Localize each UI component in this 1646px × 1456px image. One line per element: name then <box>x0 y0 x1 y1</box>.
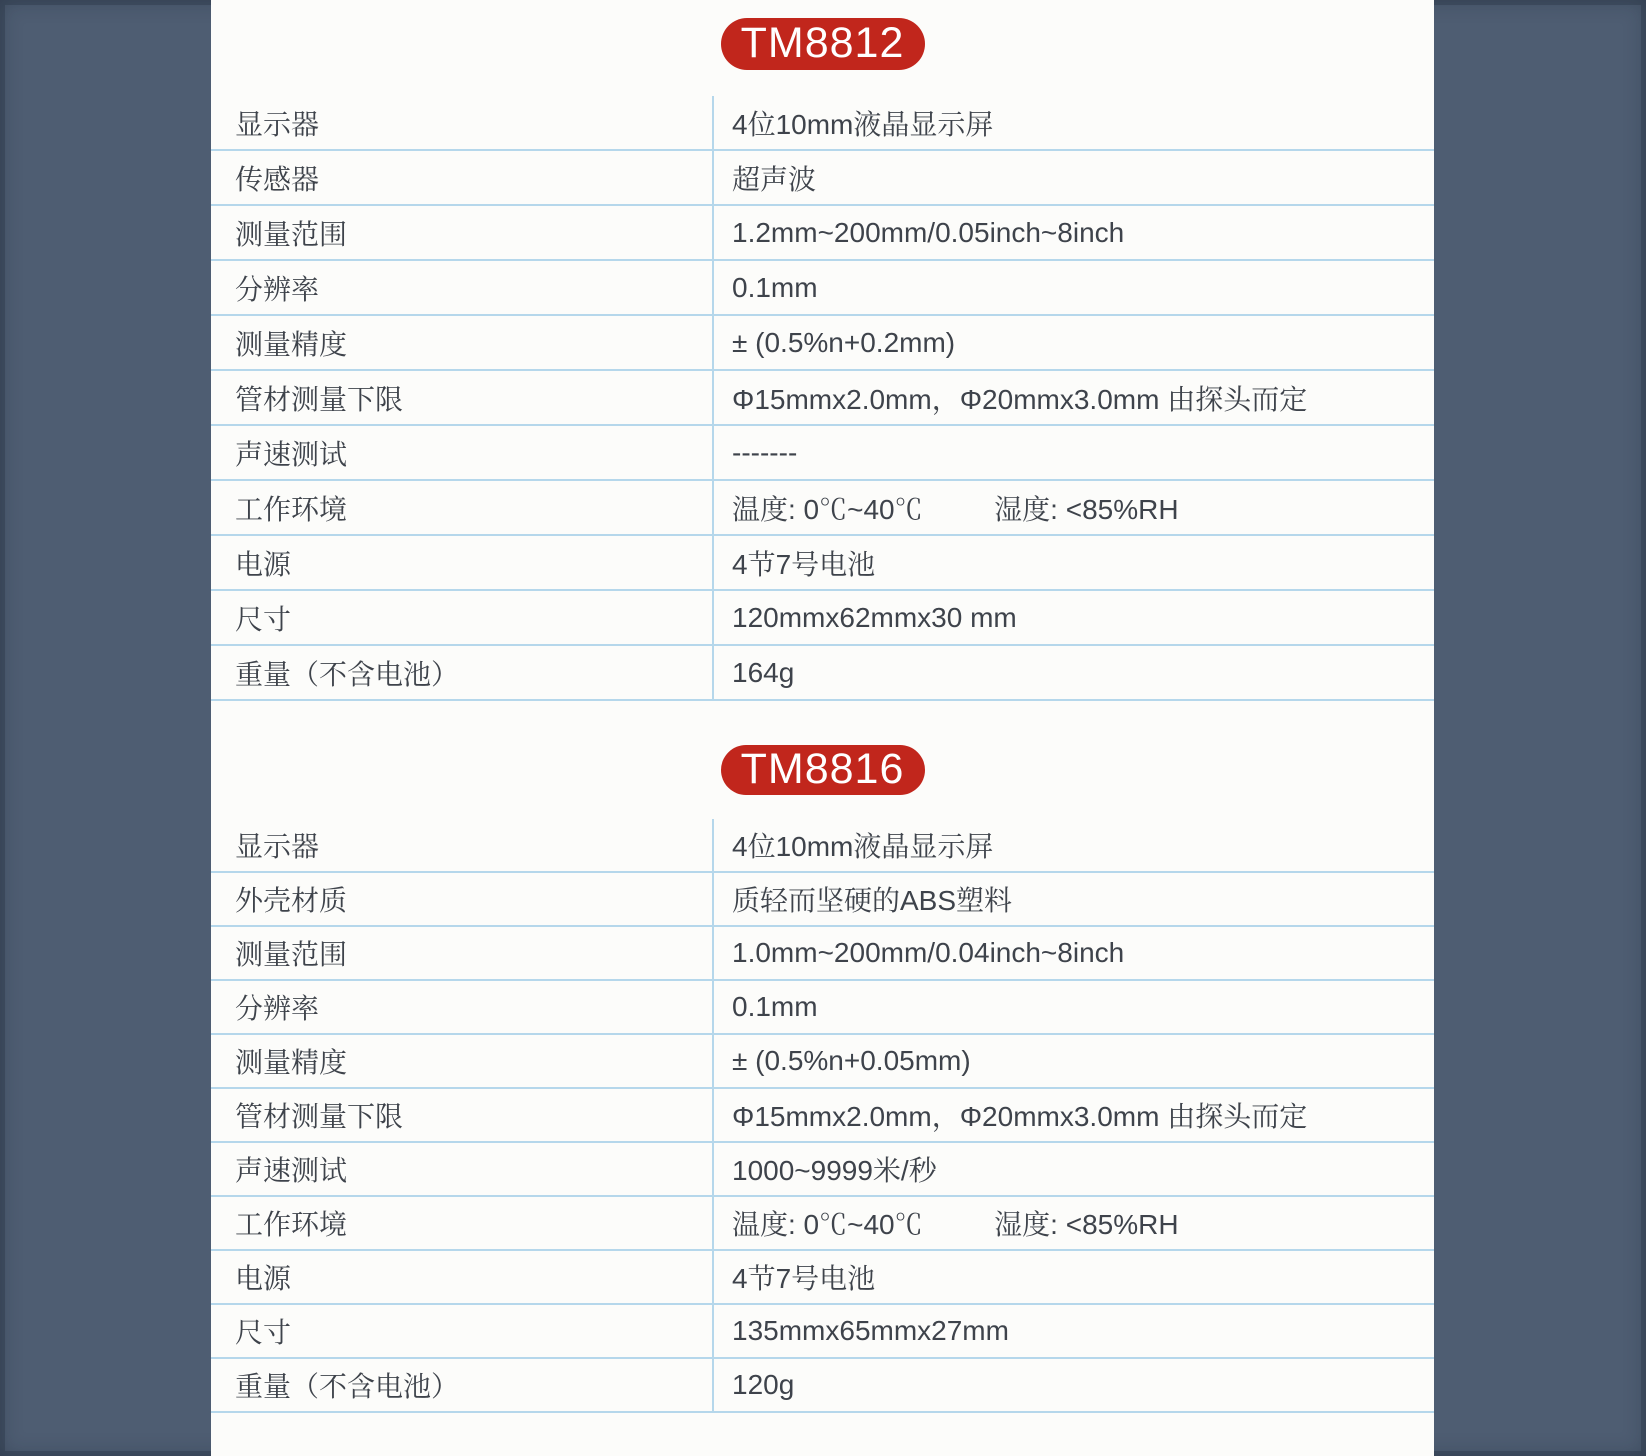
spec-value: 4节7号电池 <box>714 536 1434 589</box>
spec-label: 测量范围 <box>211 206 714 259</box>
spec-label: 重量（不含电池） <box>211 646 714 699</box>
spec-label: 显示器 <box>211 96 714 149</box>
spec-value: 1.2mm~200mm/0.05inch~8inch <box>714 206 1434 259</box>
spec-value: 120mmx62mmx30 mm <box>714 591 1434 644</box>
spec-row: 重量（不含电池）164g <box>211 646 1434 701</box>
spec-row: 测量范围1.2mm~200mm/0.05inch~8inch <box>211 206 1434 261</box>
spec-row: 重量（不含电池）120g <box>211 1359 1434 1413</box>
spec-label: 显示器 <box>211 819 714 871</box>
spec-label: 重量（不含电池） <box>211 1359 714 1411</box>
spec-value: 超声波 <box>714 151 1434 204</box>
spec-label: 尺寸 <box>211 1305 714 1357</box>
spec-value: ------- <box>714 426 1434 479</box>
spec-value: 0.1mm <box>714 261 1434 314</box>
spec-row: 测量精度± (0.5%n+0.2mm) <box>211 316 1434 371</box>
spec-value: 温度: 0℃~40℃ 湿度: <85%RH <box>714 1197 1434 1249</box>
spec-label: 声速测试 <box>211 426 714 479</box>
spec-label: 电源 <box>211 1251 714 1303</box>
spec-row: 管材测量下限Φ15mmx2.0mm，Φ20mmx3.0mm 由探头而定 <box>211 1089 1434 1143</box>
spec-row: 外壳材质质轻而坚硬的ABS塑料 <box>211 873 1434 927</box>
spec-label: 分辨率 <box>211 981 714 1033</box>
spec-label: 声速测试 <box>211 1143 714 1195</box>
page-background: TM8812 显示器4位10mm液晶显示屏传感器超声波测量范围1.2mm~200… <box>0 0 1646 1456</box>
spec-row: 分辨率0.1mm <box>211 261 1434 316</box>
model-badge-tm8816: TM8816 <box>721 745 925 795</box>
spec-value: 120g <box>714 1359 1434 1411</box>
spec-value: 135mmx65mmx27mm <box>714 1305 1434 1357</box>
spec-row: 管材测量下限Φ15mmx2.0mm，Φ20mmx3.0mm 由探头而定 <box>211 371 1434 426</box>
spec-row: 尺寸135mmx65mmx27mm <box>211 1305 1434 1359</box>
spec-label: 测量范围 <box>211 927 714 979</box>
spec-value: Φ15mmx2.0mm，Φ20mmx3.0mm 由探头而定 <box>714 371 1434 424</box>
spec-value: 温度: 0℃~40℃ 湿度: <85%RH <box>714 481 1434 534</box>
spec-label: 外壳材质 <box>211 873 714 925</box>
spec-value: 164g <box>714 646 1434 699</box>
spec-row: 声速测试------- <box>211 426 1434 481</box>
spec-row: 工作环境温度: 0℃~40℃ 湿度: <85%RH <box>211 1197 1434 1251</box>
spec-label: 传感器 <box>211 151 714 204</box>
spec-value: 1000~9999米/秒 <box>714 1143 1434 1195</box>
spec-row: 显示器4位10mm液晶显示屏 <box>211 819 1434 873</box>
spec-row: 电源4节7号电池 <box>211 536 1434 591</box>
spec-label: 管材测量下限 <box>211 371 714 424</box>
spec-row: 测量范围1.0mm~200mm/0.04inch~8inch <box>211 927 1434 981</box>
spec-label: 管材测量下限 <box>211 1089 714 1141</box>
spec-label: 电源 <box>211 536 714 589</box>
spec-row: 显示器4位10mm液晶显示屏 <box>211 96 1434 151</box>
tm8816-spec-table: 显示器4位10mm液晶显示屏外壳材质质轻而坚硬的ABS塑料测量范围1.0mm~2… <box>211 819 1434 1413</box>
spec-row: 电源4节7号电池 <box>211 1251 1434 1305</box>
model-badge-tm8812: TM8812 <box>721 18 925 70</box>
spec-row: 声速测试1000~9999米/秒 <box>211 1143 1434 1197</box>
spec-label: 分辨率 <box>211 261 714 314</box>
spec-row: 尺寸120mmx62mmx30 mm <box>211 591 1434 646</box>
spec-label: 工作环境 <box>211 1197 714 1249</box>
spec-value: ± (0.5%n+0.2mm) <box>714 316 1434 369</box>
spec-value: 4节7号电池 <box>714 1251 1434 1303</box>
content-panel: TM8812 显示器4位10mm液晶显示屏传感器超声波测量范围1.2mm~200… <box>211 0 1434 1456</box>
spec-value: 4位10mm液晶显示屏 <box>714 96 1434 149</box>
spec-label: 尺寸 <box>211 591 714 644</box>
spec-row: 分辨率0.1mm <box>211 981 1434 1035</box>
tm8812-spec-table: 显示器4位10mm液晶显示屏传感器超声波测量范围1.2mm~200mm/0.05… <box>211 96 1434 701</box>
spec-label: 测量精度 <box>211 316 714 369</box>
spec-value: 0.1mm <box>714 981 1434 1033</box>
spec-value: ± (0.5%n+0.05mm) <box>714 1035 1434 1087</box>
spec-row: 传感器超声波 <box>211 151 1434 206</box>
spec-value: Φ15mmx2.0mm，Φ20mmx3.0mm 由探头而定 <box>714 1089 1434 1141</box>
spec-value: 1.0mm~200mm/0.04inch~8inch <box>714 927 1434 979</box>
spec-row: 测量精度± (0.5%n+0.05mm) <box>211 1035 1434 1089</box>
spec-value: 4位10mm液晶显示屏 <box>714 819 1434 871</box>
spec-label: 工作环境 <box>211 481 714 534</box>
spec-value: 质轻而坚硬的ABS塑料 <box>714 873 1434 925</box>
spec-label: 测量精度 <box>211 1035 714 1087</box>
spec-row: 工作环境温度: 0℃~40℃ 湿度: <85%RH <box>211 481 1434 536</box>
